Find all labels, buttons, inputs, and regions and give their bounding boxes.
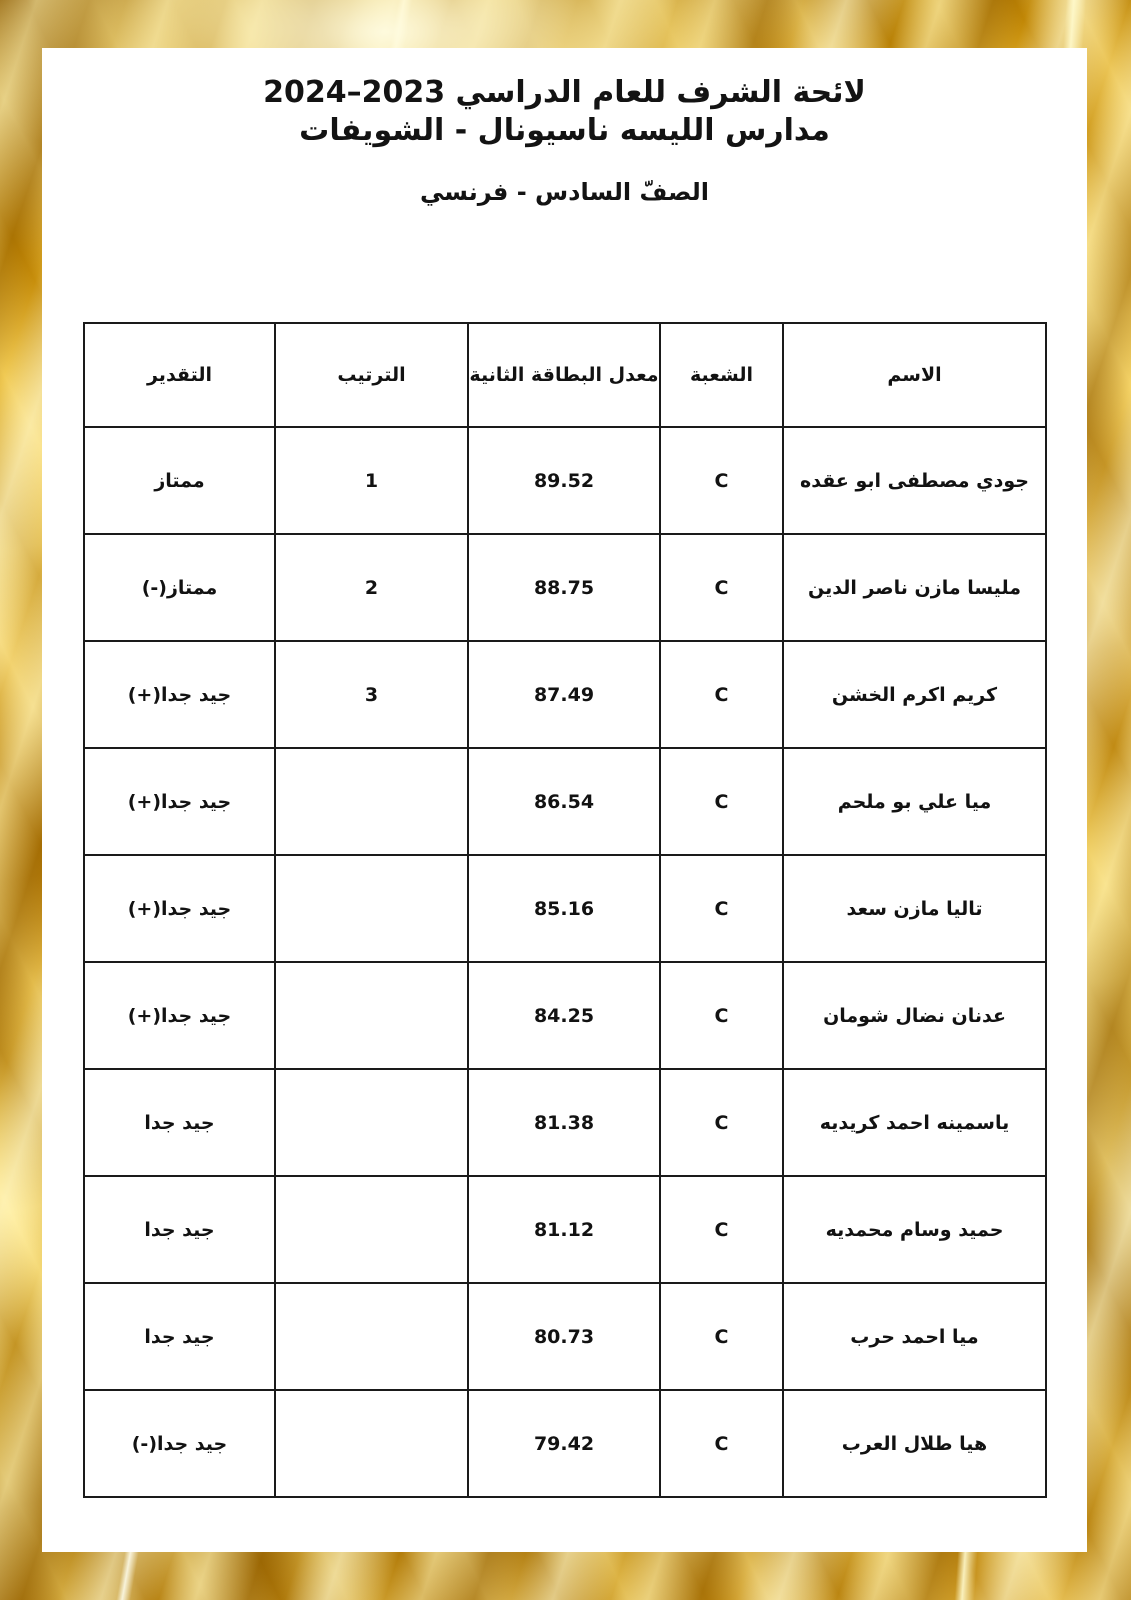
student-grade: جيد جدا (84, 1176, 275, 1283)
table-row: تاليا مازن سعد C 85.16 جيد جدا(+) (84, 855, 1046, 962)
student-section: C (660, 641, 783, 748)
student-grade: جيد جدا (84, 1283, 275, 1390)
column-header-name: الاسم (783, 323, 1046, 427)
student-section: C (660, 534, 783, 641)
student-rank (275, 1390, 468, 1497)
table-row: هيا طلال العرب C 79.42 جيد جدا(-) (84, 1390, 1046, 1497)
column-header-average: معدل البطاقة الثانية (468, 323, 660, 427)
student-rank (275, 748, 468, 855)
column-header-rank: الترتيب (275, 323, 468, 427)
student-name: جودي مصطفى ابو عقده (783, 427, 1046, 534)
table-row: ياسمينه احمد كريديه C 81.38 جيد جدا (84, 1069, 1046, 1176)
class-subtitle: الصفّ السادس - فرنسي (42, 178, 1087, 206)
student-name: حميد وسام محمديه (783, 1176, 1046, 1283)
title-line-school-name: مدارس الليسه ناسيونال - الشويفات (42, 112, 1087, 150)
table-header-row: الاسم الشعبة معدل البطاقة الثانية الترتي… (84, 323, 1046, 427)
student-name: عدنان نضال شومان (783, 962, 1046, 1069)
student-grade: جيد جدا(-) (84, 1390, 275, 1497)
student-average: 87.49 (468, 641, 660, 748)
student-grade: ممتاز(-) (84, 534, 275, 641)
student-section: C (660, 1283, 783, 1390)
title-line-academic-year: لائحة الشرف للعام الدراسي 2023–2024 (42, 74, 1087, 112)
document-card: لائحة الشرف للعام الدراسي 2023–2024 مدار… (42, 48, 1087, 1552)
student-average: 88.75 (468, 534, 660, 641)
student-grade: جيد جدا(+) (84, 962, 275, 1069)
student-section: C (660, 427, 783, 534)
student-grade: جيد جدا(+) (84, 855, 275, 962)
student-average: 81.38 (468, 1069, 660, 1176)
table-row: ميا احمد حرب C 80.73 جيد جدا (84, 1283, 1046, 1390)
table-row: عدنان نضال شومان C 84.25 جيد جدا(+) (84, 962, 1046, 1069)
document-title: لائحة الشرف للعام الدراسي 2023–2024 مدار… (42, 48, 1087, 150)
student-section: C (660, 1069, 783, 1176)
student-average: 79.42 (468, 1390, 660, 1497)
student-average: 86.54 (468, 748, 660, 855)
student-section: C (660, 1176, 783, 1283)
student-section: C (660, 1390, 783, 1497)
student-grade: جيد جدا (84, 1069, 275, 1176)
column-header-grade: التقدير (84, 323, 275, 427)
student-rank (275, 1069, 468, 1176)
column-header-section: الشعبة (660, 323, 783, 427)
table-row: كريم اكرم الخشن C 87.49 3 جيد جدا(+) (84, 641, 1046, 748)
student-average: 89.52 (468, 427, 660, 534)
student-rank (275, 962, 468, 1069)
student-section: C (660, 855, 783, 962)
student-rank (275, 1176, 468, 1283)
student-rank: 1 (275, 427, 468, 534)
student-average: 85.16 (468, 855, 660, 962)
honor-roll-table: الاسم الشعبة معدل البطاقة الثانية الترتي… (83, 322, 1047, 1498)
table-row: جودي مصطفى ابو عقده C 89.52 1 ممتاز (84, 427, 1046, 534)
student-name: ميا علي بو ملحم (783, 748, 1046, 855)
student-rank (275, 1283, 468, 1390)
student-grade: جيد جدا(+) (84, 748, 275, 855)
student-name: مليسا مازن ناصر الدين (783, 534, 1046, 641)
student-name: ياسمينه احمد كريديه (783, 1069, 1046, 1176)
student-grade: جيد جدا(+) (84, 641, 275, 748)
student-name: كريم اكرم الخشن (783, 641, 1046, 748)
golden-background: لائحة الشرف للعام الدراسي 2023–2024 مدار… (0, 0, 1131, 1600)
student-rank (275, 855, 468, 962)
table-row: مليسا مازن ناصر الدين C 88.75 2 ممتاز(-) (84, 534, 1046, 641)
student-rank: 3 (275, 641, 468, 748)
student-section: C (660, 748, 783, 855)
student-average: 84.25 (468, 962, 660, 1069)
student-grade: ممتاز (84, 427, 275, 534)
student-name: هيا طلال العرب (783, 1390, 1046, 1497)
student-rank: 2 (275, 534, 468, 641)
student-section: C (660, 962, 783, 1069)
table-row: حميد وسام محمديه C 81.12 جيد جدا (84, 1176, 1046, 1283)
table-row: ميا علي بو ملحم C 86.54 جيد جدا(+) (84, 748, 1046, 855)
student-name: ميا احمد حرب (783, 1283, 1046, 1390)
student-average: 81.12 (468, 1176, 660, 1283)
student-average: 80.73 (468, 1283, 660, 1390)
student-name: تاليا مازن سعد (783, 855, 1046, 962)
